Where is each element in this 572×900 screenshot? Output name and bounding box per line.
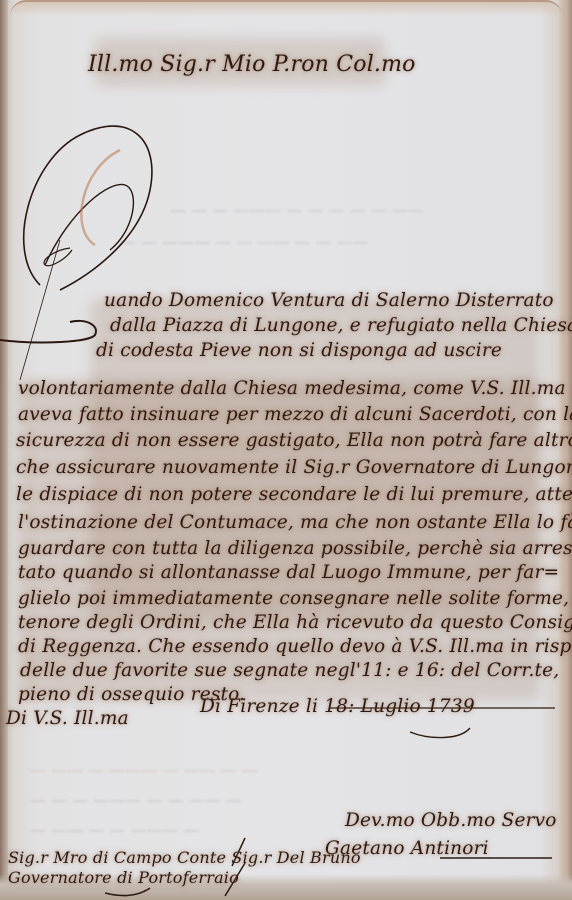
recipient-name: Sig.r Mro di Campo Conte Sig.r Del Bruno	[8, 848, 361, 867]
signature-title: Dev.mo Obb.mo Servo	[345, 810, 557, 831]
body-line: tato quando si allontanasse dal Luogo Im…	[18, 562, 559, 583]
body-line: dalla Piazza di Lungone, e refugiato nel…	[110, 315, 572, 336]
binding-shadow	[0, 0, 8, 900]
show-through-text: — — — ——— — — —— —	[30, 790, 242, 809]
manuscript-page: — — — ——— — — — — — —— — — ——— — — —— — …	[0, 0, 572, 900]
salutation: Ill.mo Sig.r Mio P.ron Col.mo	[88, 52, 416, 77]
body-line: glielo poi immediatamente consegnare nel…	[18, 588, 572, 609]
body-line: volontariamente dalla Chiesa medesima, c…	[18, 378, 572, 399]
body-line: guardare con tutta la diligenza possibil…	[18, 538, 572, 559]
body-line: aveva fatto insinuare per mezzo di alcun…	[18, 404, 572, 425]
body-line: le dispiace di non potere secondare le d…	[16, 484, 572, 505]
body-line: tenore degli Ordini, che Ella hà ricevut…	[18, 612, 572, 633]
addressee-line: Di V.S. Ill.ma	[6, 708, 129, 729]
recipient-title: Governatore di Portoferraio	[8, 868, 239, 887]
body-line: sicurezza di non essere gastigato, Ella …	[16, 430, 572, 451]
show-through-text: — — — ——— — — — — — ——	[170, 200, 424, 219]
show-through-text: — —— — ——— — —— — —	[30, 760, 258, 779]
body-line: di Reggenza. Che essendo quello devo à V…	[18, 636, 572, 657]
show-through-text: — —— — — ——— —	[30, 820, 199, 839]
show-through-text: — — ——— — — —— — — ——	[120, 232, 369, 251]
body-line: che assicurare nuovamente il Sig.r Gover…	[16, 457, 572, 478]
body-line: l'ostinazione del Contumace, ma che non …	[18, 512, 572, 533]
place-date: Di Firenze li 18: Luglio 1739	[200, 696, 475, 717]
body-line: di codesta Pieve non si disponga ad usci…	[96, 340, 502, 361]
body-line: delle due favorite sue segnate negl'11: …	[20, 660, 559, 681]
body-line: uando Domenico Ventura di Salerno Dister…	[104, 290, 554, 311]
page-top-edge	[10, 0, 562, 16]
